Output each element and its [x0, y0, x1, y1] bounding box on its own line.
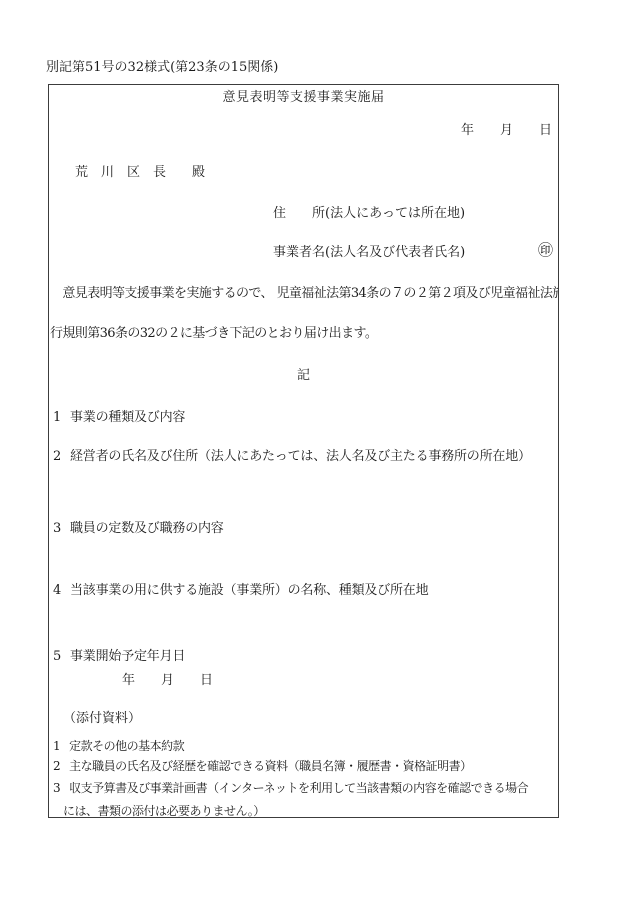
address-label: 住 所(法人にあっては所在地): [273, 205, 465, 223]
item-text: 経営者の氏名及び住所（法人にあたっては、法人名及び主たる事務所の所在地）: [70, 448, 531, 466]
attachment-text: 主な職員の氏名及び経歴を確認できる資料（職員名簿・履歴書・資格証明書）: [69, 759, 472, 773]
attachment-text: 定款その他の基本約款: [69, 739, 184, 753]
attachment-number: 2: [53, 759, 60, 773]
planned-start-date-line: 年 月 日: [122, 672, 213, 690]
item-number: 3: [53, 520, 61, 538]
item-text: 事業の種類及び内容: [70, 409, 185, 427]
seal-icon: ㊞: [538, 241, 553, 259]
document-page: 別記第51号の32様式(第23条の15関係) 意見表明等支援事業実施届 年 月 …: [0, 0, 630, 903]
item-text: 事業開始予定年月日: [70, 648, 185, 666]
item-number: 2: [53, 448, 61, 466]
date-line: 年 月 日: [461, 122, 552, 140]
item-number: 4: [53, 582, 61, 600]
attachments-heading: （添付資料）: [63, 710, 141, 728]
attachment-2: 2主な職員の氏名及び経歴を確認できる資料（職員名簿・履歴書・資格証明書）: [63, 755, 532, 778]
item-text: 当該事業の用に供する施設（事業所）の名称、種類及び所在地: [70, 582, 428, 600]
body-paragraph-line-1: 意見表明等支援事業を実施するので、 児童福祉法第34条の７の２第２項及び児童福祉…: [50, 285, 559, 303]
addressee: 荒 川 区 長 殿: [75, 164, 205, 182]
form-reference: 別記第51号の32様式(第23条の15関係): [46, 59, 278, 77]
attachment-number: 3: [53, 781, 60, 795]
item-number: 5: [53, 648, 61, 666]
attachment-text: 収支予算書及び事業計画書（インターネットを利用して当該書類の内容を確認できる場合…: [63, 781, 528, 818]
form-box: 意見表明等支援事業実施届 年 月 日 荒 川 区 長 殿 住 所(法人にあっては…: [48, 84, 559, 818]
item-text: 職員の定数及び職務の内容: [70, 520, 224, 538]
form-title: 意見表明等支援事業実施届: [49, 89, 558, 107]
record-marker: 記: [49, 367, 558, 385]
business-name-label: 事業者名(法人名及び代表者氏名): [273, 244, 465, 262]
attachment-number: 1: [53, 739, 60, 753]
attachment-3: 3収支予算書及び事業計画書（インターネットを利用して当該書類の内容を確認できる場…: [63, 777, 532, 818]
body-paragraph-line-2: 行規則第36条の32の２に基づき下記のとおり届け出ます。: [50, 325, 377, 343]
item-number: 1: [53, 409, 61, 427]
